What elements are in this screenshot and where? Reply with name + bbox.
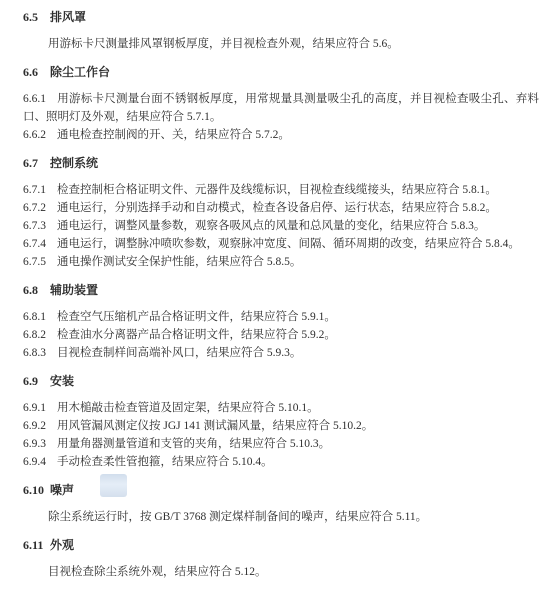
- clause-item: 6.7.3通电运行，调整风量参数，观察各吸风点的风量和总风量的变化，结果应符合 …: [23, 217, 539, 235]
- section-number: 6.8: [23, 281, 50, 299]
- clause-text: 通电操作测试安全保护性能，结果应符合 5.8.5。: [57, 256, 301, 268]
- section-title: 安装: [50, 374, 74, 388]
- section-heading: 6.6除尘工作台: [23, 63, 539, 81]
- section-number: 6.6: [23, 63, 50, 81]
- section-heading: 6.9安装: [23, 372, 539, 390]
- section-number: 6.10: [23, 481, 50, 499]
- section-heading: 6.7控制系统: [23, 154, 539, 172]
- clause-item: 6.9.2用风管漏风测定仪按 JGJ 141 测试漏风量，结果应符合 5.10.…: [23, 417, 539, 435]
- clause-text: 用游标卡尺测量台面不锈钢板厚度，用常规量具测量吸尘孔的高度，并目视检查吸尘孔、弃…: [23, 93, 539, 123]
- section-title: 排风罩: [50, 10, 86, 24]
- clause-number: 6.7.5: [23, 253, 57, 271]
- clause-text: 通电运行，调整风量参数，观察各吸风点的风量和总风量的变化，结果应符合 5.8.3…: [57, 220, 485, 232]
- clause-text: 通电检查控制阀的开、关，结果应符合 5.7.2。: [57, 129, 290, 141]
- section-title: 控制系统: [50, 156, 98, 170]
- clause-number: 6.8.1: [23, 308, 57, 326]
- clause-text: 通电运行，分别选择手动和自动模式，检查各设备启停、运行状态，结果应符合 5.8.…: [57, 202, 497, 214]
- clause-item: 6.6.1用游标卡尺测量台面不锈钢板厚度，用常规量具测量吸尘孔的高度，并目视检查…: [23, 90, 539, 126]
- clause-text: 检查空气压缩机产品合格证明文件，结果应符合 5.9.1。: [57, 311, 336, 323]
- clause-number: 6.6.1: [23, 90, 57, 108]
- document-body: 6.5排风罩用游标卡尺测量排风罩钢板厚度，并目视检查外观，结果应符合 5.6。6…: [23, 8, 539, 581]
- clause-number: 6.7.3: [23, 217, 57, 235]
- clause-text: 检查控制柜合格证明文件、元器件及线缆标识，目视检查线缆接头，结果应符合 5.8.…: [57, 184, 497, 196]
- clause-item: 6.6.2通电检查控制阀的开、关，结果应符合 5.7.2。: [23, 126, 539, 144]
- section-number: 6.7: [23, 154, 50, 172]
- clause-number: 6.8.2: [23, 326, 57, 344]
- section-title: 除尘工作台: [50, 65, 110, 79]
- clause-item: 6.8.1检查空气压缩机产品合格证明文件，结果应符合 5.9.1。: [23, 308, 539, 326]
- clause-number: 6.7.2: [23, 199, 57, 217]
- clause-item: 6.8.2检查油水分离器产品合格证明文件，结果应符合 5.9.2。: [23, 326, 539, 344]
- clause-item: 6.8.3目视检查制样间高端补风口，结果应符合 5.9.3。: [23, 344, 539, 362]
- clause-text: 检查油水分离器产品合格证明文件，结果应符合 5.9.2。: [57, 329, 336, 341]
- section-number: 6.5: [23, 8, 50, 26]
- clause-number: 6.8.3: [23, 344, 57, 362]
- section-title: 外观: [50, 538, 74, 552]
- section-heading: 6.11外观: [23, 536, 539, 554]
- clause-number: 6.9.3: [23, 435, 57, 453]
- section-heading: 6.5排风罩: [23, 8, 539, 26]
- section-heading: 6.8辅助装置: [23, 281, 539, 299]
- clause-text: 手动检查柔性管抱箍，结果应符合 5.10.4。: [57, 456, 273, 468]
- body-paragraph: 除尘系统运行时，按 GB/T 3768 测定煤样制备间的噪声，结果应符合 5.1…: [23, 508, 539, 526]
- clause-item: 6.9.4手动检查柔性管抱箍，结果应符合 5.10.4。: [23, 453, 539, 471]
- body-paragraph: 用游标卡尺测量排风罩钢板厚度，并目视检查外观，结果应符合 5.6。: [23, 35, 539, 53]
- clause-number: 6.9.4: [23, 453, 57, 471]
- clause-item: 6.7.2通电运行，分别选择手动和自动模式，检查各设备启停、运行状态，结果应符合…: [23, 199, 539, 217]
- clause-item: 6.7.4通电运行，调整脉冲喷吹参数，观察脉冲宽度、间隔、循环周期的改变，结果应…: [23, 235, 539, 253]
- clause-number: 6.6.2: [23, 126, 57, 144]
- body-paragraph: 目视检查除尘系统外观，结果应符合 5.12。: [23, 563, 539, 581]
- section-number: 6.11: [23, 536, 50, 554]
- clause-text: 用量角器测量管道和支管的夹角，结果应符合 5.10.3。: [57, 438, 330, 450]
- clause-item: 6.9.1用木槌敲击检查管道及固定架，结果应符合 5.10.1。: [23, 399, 539, 417]
- section-number: 6.9: [23, 372, 50, 390]
- section-title: 辅助装置: [50, 283, 98, 297]
- section-title: 噪声: [50, 483, 74, 497]
- document-page: 6.5排风罩用游标卡尺测量排风罩钢板厚度，并目视检查外观，结果应符合 5.6。6…: [0, 0, 558, 591]
- clause-number: 6.9.1: [23, 399, 57, 417]
- clause-number: 6.7.4: [23, 235, 57, 253]
- clause-item: 6.7.1检查控制柜合格证明文件、元器件及线缆标识，目视检查线缆接头，结果应符合…: [23, 181, 539, 199]
- clause-text: 用木槌敲击检查管道及固定架，结果应符合 5.10.1。: [57, 402, 319, 414]
- clause-text: 目视检查制样间高端补风口，结果应符合 5.9.3。: [57, 347, 301, 359]
- clause-text: 用风管漏风测定仪按 JGJ 141 测试漏风量，结果应符合 5.10.2。: [57, 420, 373, 432]
- section-heading: 6.10噪声: [23, 481, 539, 499]
- clause-item: 6.7.5通电操作测试安全保护性能，结果应符合 5.8.5。: [23, 253, 539, 271]
- clause-number: 6.9.2: [23, 417, 57, 435]
- clause-item: 6.9.3用量角器测量管道和支管的夹角，结果应符合 5.10.3。: [23, 435, 539, 453]
- clause-number: 6.7.1: [23, 181, 57, 199]
- clause-text: 通电运行，调整脉冲喷吹参数，观察脉冲宽度、间隔、循环周期的改变，结果应符合 5.…: [57, 238, 520, 250]
